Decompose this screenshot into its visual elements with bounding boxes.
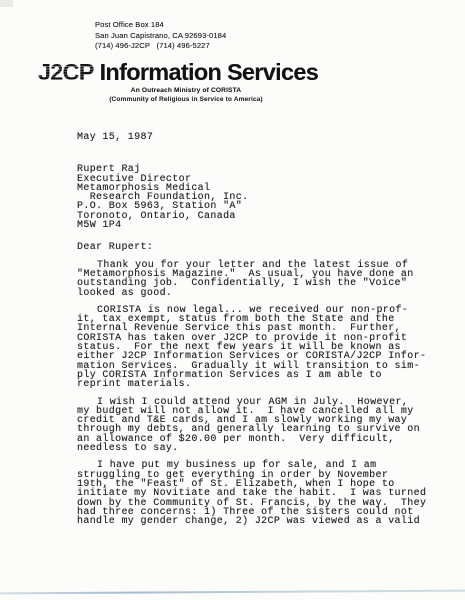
paragraph-1: Thank you for your letter and the latest… (77, 261, 442, 298)
tagline-community: (Community of Religious in Service to Am… (40, 95, 332, 104)
letterhead-taglines: An Outreach Ministry of CORISTA (Communi… (40, 86, 332, 104)
logo-mark-j2cp: J2CP (38, 59, 100, 86)
letter-body: May 15, 1987 Rupert Raj Executive Direct… (77, 133, 442, 526)
logo-name: Information Services (100, 59, 318, 86)
tagline-ministry: An Outreach Ministry of CORISTA (40, 86, 332, 95)
salutation: Dear Rupert: (77, 243, 442, 252)
paragraph-3: I wish I could attend your AGM in July. … (77, 398, 442, 454)
logo: J2CP Information Services (38, 59, 318, 86)
scan-artifact-bottom-edge (0, 590, 465, 595)
letterhead-address: Post Office Box 184 San Juan Capistrano,… (95, 20, 226, 52)
paragraph-4: I have put my business up for sale, and … (77, 461, 442, 526)
recipient-address: Rupert Raj Executive Director Metamorpho… (77, 165, 442, 230)
scanned-letter-page: Post Office Box 184 San Juan Capistrano,… (0, 0, 465, 600)
scan-artifact-corner (0, 0, 13, 7)
paragraph-2: CORISTA is now legal... we received our … (77, 306, 442, 390)
letter-date: May 15, 1987 (77, 133, 442, 142)
